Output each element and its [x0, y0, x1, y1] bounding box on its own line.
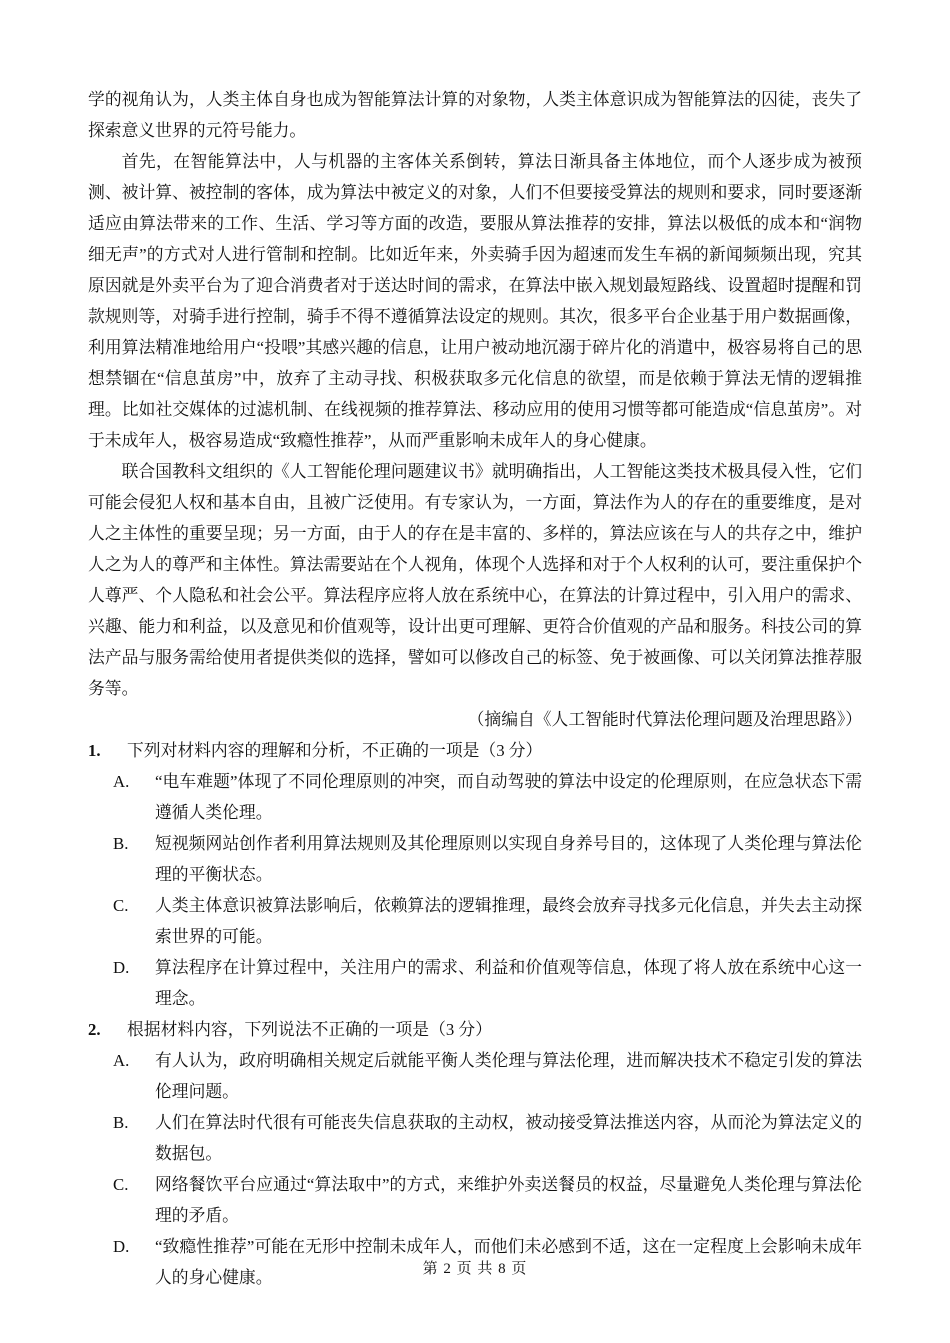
option-text: 人们在算法时代很有可能丧失信息获取的主动权，被动接受算法推送内容，从而沦为算法定…: [155, 1113, 862, 1163]
question-1-option-d: D. 算法程序在计算过程中，关注用户的需求、利益和价值观等信息，体现了将人放在系…: [88, 952, 862, 1014]
option-label: D.: [113, 952, 129, 983]
passage-attribution: （摘编自《人工智能时代算法伦理问题及治理思路》）: [88, 704, 862, 735]
option-label: B.: [113, 828, 128, 859]
question-2-option-a: A. 有人认为，政府明确相关规定后就能平衡人类伦理与算法伦理，进而解决技术不稳定…: [88, 1045, 862, 1107]
option-label: A.: [113, 766, 129, 797]
page-footer: 第 2 页 共 8 页: [0, 1258, 950, 1280]
question-2-option-b: B. 人们在算法时代很有可能丧失信息获取的主动权，被动接受算法推送内容，从而沦为…: [88, 1107, 862, 1169]
option-label: C.: [113, 1169, 128, 1200]
question-stem-text: 根据材料内容，下列说法不正确的一项是（3 分）: [127, 1020, 492, 1039]
question-2-option-c: C. 网络餐饮平台应通过“算法取中”的方式，来维护外卖送餐员的权益，尽量避免人类…: [88, 1169, 862, 1231]
question-1-option-a: A. “电车难题”体现了不同伦理原则的冲突，而自动驾驶的算法中设定的伦理原则，在…: [88, 766, 862, 828]
question-number: 2.: [88, 1014, 101, 1045]
question-number: 1.: [88, 735, 101, 766]
question-1-option-c: C. 人类主体意识被算法影响后，依赖算法的逻辑推理，最终会放弃寻找多元化信息，并…: [88, 890, 862, 952]
option-label: A.: [113, 1045, 129, 1076]
reading-passage: 学的视角认为，人类主体自身也成为智能算法计算的对象物，人类主体意识成为智能算法的…: [88, 84, 862, 735]
passage-paragraph: 联合国教科文组织的《人工智能伦理问题建议书》就明确指出，人工智能这类技术极具侵入…: [88, 456, 862, 704]
question-1-option-b: B. 短视频网站创作者利用算法规则及其伦理原则以实现自身养号目的，这体现了人类伦…: [88, 828, 862, 890]
passage-paragraph: 学的视角认为，人类主体自身也成为智能算法计算的对象物，人类主体意识成为智能算法的…: [88, 84, 862, 146]
option-text: 网络餐饮平台应通过“算法取中”的方式，来维护外卖送餐员的权益，尽量避免人类伦理与…: [155, 1175, 862, 1225]
question-stem-text: 下列对材料内容的理解和分析，不正确的一项是（3 分）: [127, 741, 542, 760]
question-stem: 2. 根据材料内容，下列说法不正确的一项是（3 分）: [88, 1014, 862, 1045]
option-text: 有人认为，政府明确相关规定后就能平衡人类伦理与算法伦理，进而解决技术不稳定引发的…: [155, 1051, 862, 1101]
question-2: 2. 根据材料内容，下列说法不正确的一项是（3 分） A. 有人认为，政府明确相…: [88, 1014, 862, 1293]
option-text: 算法程序在计算过程中，关注用户的需求、利益和价值观等信息，体现了将人放在系统中心…: [155, 958, 862, 1008]
option-label: B.: [113, 1107, 128, 1138]
option-text: 短视频网站创作者利用算法规则及其伦理原则以实现自身养号目的，这体现了人类伦理与算…: [155, 834, 862, 884]
question-1: 1. 下列对材料内容的理解和分析，不正确的一项是（3 分） A. “电车难题”体…: [88, 735, 862, 1014]
option-text: “电车难题”体现了不同伦理原则的冲突，而自动驾驶的算法中设定的伦理原则，在应急状…: [155, 772, 862, 822]
question-stem: 1. 下列对材料内容的理解和分析，不正确的一项是（3 分）: [88, 735, 862, 766]
exam-page: 学的视角认为，人类主体自身也成为智能算法计算的对象物，人类主体意识成为智能算法的…: [0, 0, 950, 1343]
passage-paragraph: 首先，在智能算法中，人与机器的主客体关系倒转，算法日渐具备主体地位，而个人逐步成…: [88, 146, 862, 456]
option-text: 人类主体意识被算法影响后，依赖算法的逻辑推理，最终会放弃寻找多元化信息，并失去主…: [155, 896, 862, 946]
option-label: C.: [113, 890, 128, 921]
